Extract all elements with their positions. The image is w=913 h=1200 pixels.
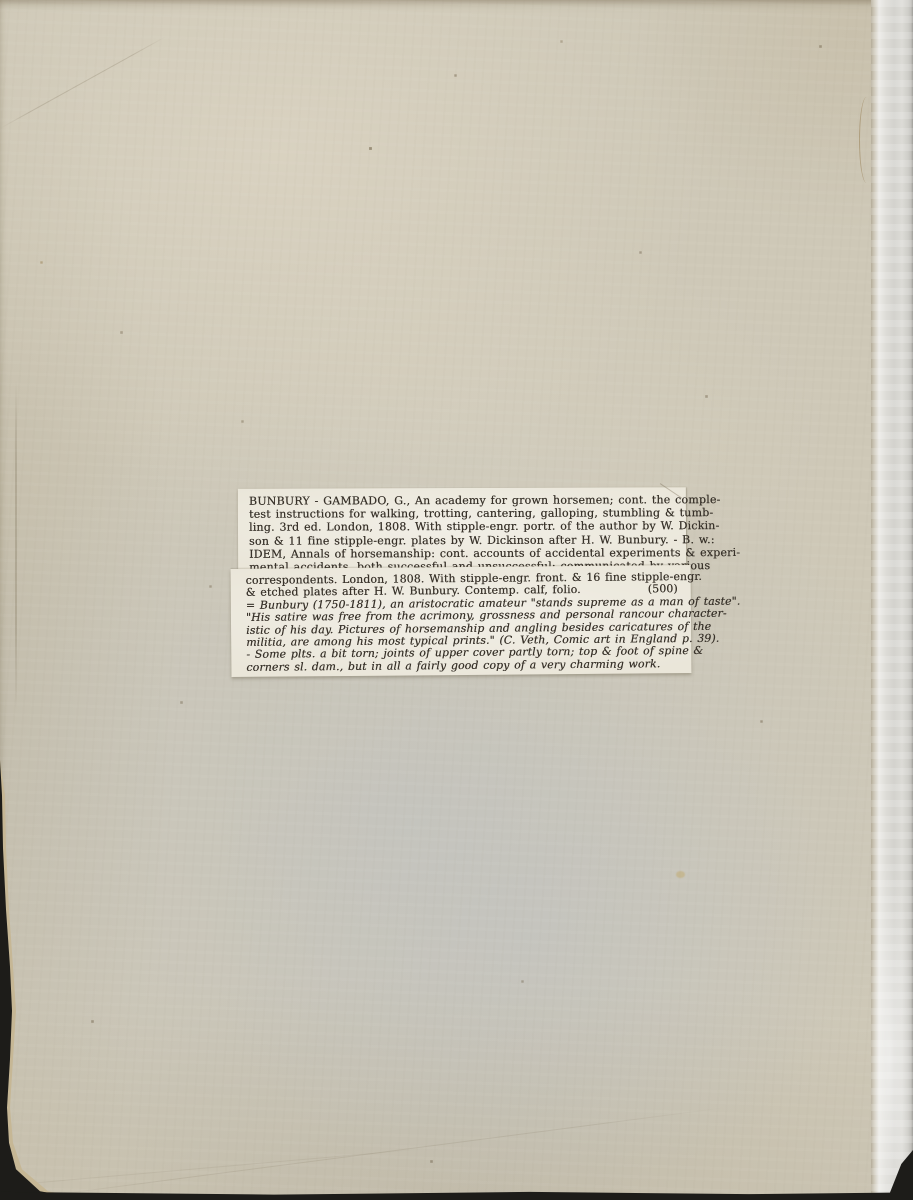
- adjacent-page-edge-strip: [871, 0, 913, 1200]
- foxing-specks: [0, 0, 1, 1]
- crease-mark-top-left: [0, 36, 166, 129]
- catalog-note-line: corners sl. dam., but in all a fairly go…: [246, 658, 678, 674]
- yellow-stain-spot: [676, 871, 685, 878]
- catalog-text-line: son & 11 fine stipple-engr. plates by W.…: [249, 533, 678, 548]
- wrinkle-left-edge: [15, 380, 17, 710]
- catalog-clipping-bottom: correspondents. London, 1808. With stipp…: [231, 565, 692, 677]
- scanned-album-page: { "palette": { "backing_dark": "#1d1c19"…: [0, 0, 913, 1200]
- catalog-text-line: ling. 3rd ed. London, 1808. With stipple…: [249, 520, 678, 535]
- catalog-clipping-top: BUNBURY - GAMBADO, G., An academy for gr…: [238, 487, 686, 573]
- crease-mark-bottom-2: [0, 1148, 429, 1189]
- crease-mark-bottom: [33, 1107, 727, 1198]
- album-page-paper: BUNBURY - GAMBADO, G., An academy for gr…: [0, 0, 880, 1200]
